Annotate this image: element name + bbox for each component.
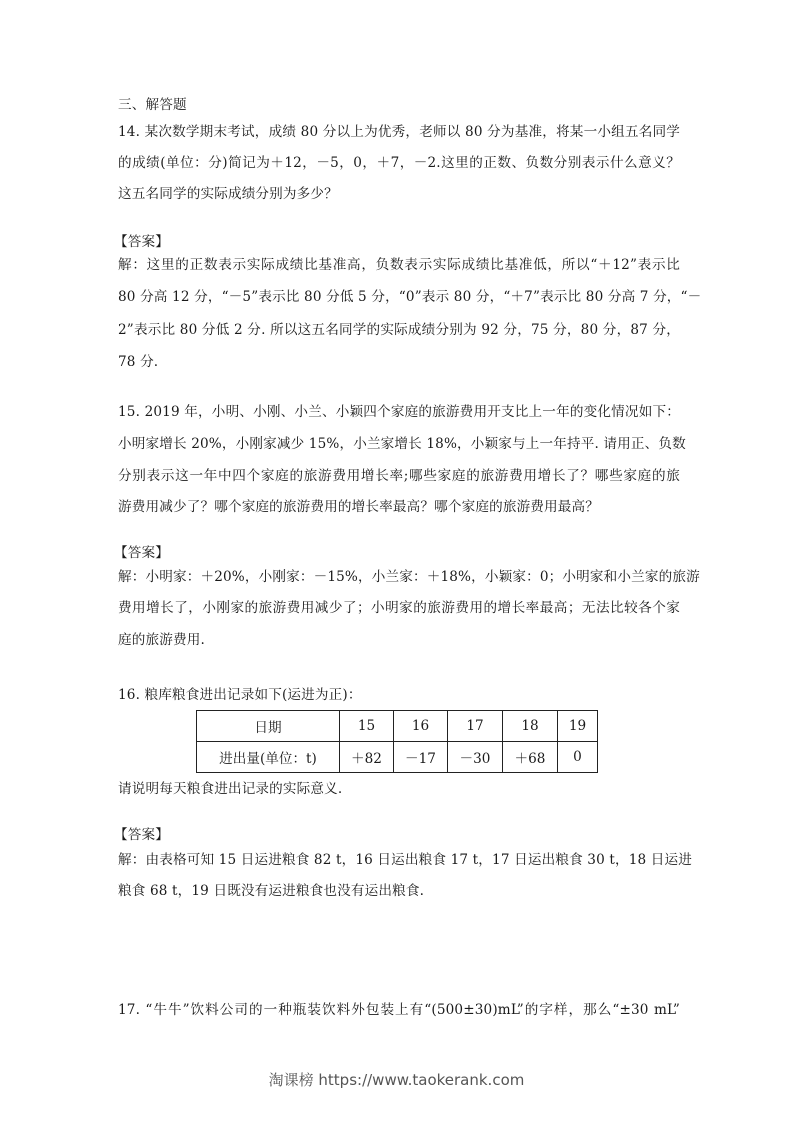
question-text-line: 16. 粮库粮食进出记录如下(运进为正)： bbox=[118, 685, 680, 705]
answer-text-line: 解：由表格可知 15 日运进粮食 82 t，16 日运出粮食 17 t，17 日… bbox=[118, 850, 680, 870]
question-text-line: 15. 2019 年，小明、小刚、小兰、小颖四个家庭的旅游费用开支比上一年的变化… bbox=[118, 402, 680, 422]
table-cell-date: 16 bbox=[394, 711, 448, 742]
table-cell-amount: －30 bbox=[448, 742, 503, 773]
answer-label: 【答案】 bbox=[114, 825, 676, 845]
answer-text-line: 庭的旅游费用. bbox=[118, 630, 680, 650]
question-text-line: 分别表示这一年中四个家庭的旅游费用增长率;哪些家庭的旅游费用增长了？哪些家庭的旅 bbox=[118, 466, 680, 486]
question-text-line: 小明家增长 20%，小刚家减少 15%，小兰家增长 18%，小颖家与上一年持平.… bbox=[118, 434, 680, 454]
table-cell-date: 17 bbox=[448, 711, 503, 742]
table-cell-amount: 0 bbox=[558, 742, 598, 773]
question-text-line: 的成绩(单位：分)简记为＋12，－5，0，＋7，－2.这里的正数、负数分别表示什… bbox=[118, 153, 680, 173]
table-cell-date: 15 bbox=[340, 711, 394, 742]
question-text-line: 14. 某次数学期末考试，成绩 80 分以上为优秀，老师以 80 分为基准，将某… bbox=[118, 122, 680, 142]
answer-text-line: 解：这里的正数表示实际成绩比基准高，负数表示实际成绩比基准低，所以“＋12”表示… bbox=[118, 255, 680, 275]
question-text-line: 17. “牛牛”饮料公司的一种瓶装饮料外包装上有“(500±30)mL”的字样，… bbox=[118, 1000, 680, 1020]
question-text-line: 请说明每天粮食进出记录的实际意义. bbox=[118, 779, 680, 799]
section-title: 三、解答题 bbox=[118, 95, 680, 115]
answer-text-line: 粮食 68 t，19 日既没有运进粮食也没有运出粮食. bbox=[118, 881, 680, 901]
grain-record-table: 日期 15 16 17 18 19 进出量(单位：t) ＋82 －17 －30 … bbox=[196, 710, 598, 773]
table-cell-amount: ＋68 bbox=[503, 742, 558, 773]
question-text-line: 这五名同学的实际成绩分别为多少？ bbox=[118, 184, 680, 204]
table-row-amounts: 进出量(单位：t) ＋82 －17 －30 ＋68 0 bbox=[197, 742, 598, 773]
table-cell-date: 18 bbox=[503, 711, 558, 742]
table-header-cell: 日期 bbox=[197, 711, 340, 742]
answer-text-line: 解：小明家：＋20%，小刚家：－15%，小兰家：＋18%，小颖家：0；小明家和小… bbox=[118, 567, 680, 587]
table-cell-date: 19 bbox=[558, 711, 598, 742]
answer-text-line: 2”表示比 80 分低 2 分. 所以这五名同学的实际成绩分别为 92 分，75… bbox=[118, 320, 680, 340]
answer-text-line: 78 分. bbox=[118, 352, 680, 372]
answer-label: 【答案】 bbox=[114, 543, 676, 563]
answer-text-line: 费用增长了，小刚家的旅游费用减少了；小明家的旅游费用的增长率最高；无法比较各个家 bbox=[118, 598, 680, 618]
answer-label: 【答案】 bbox=[114, 232, 676, 252]
answer-text-line: 80 分高 12 分，“－5”表示比 80 分低 5 分，“0”表示 80 分，… bbox=[118, 287, 680, 307]
table-row-dates: 日期 15 16 17 18 19 bbox=[197, 711, 598, 742]
table-cell-amount: ＋82 bbox=[340, 742, 394, 773]
table-cell-amount: －17 bbox=[394, 742, 448, 773]
question-text-line: 游费用减少了？哪个家庭的旅游费用的增长率最高？哪个家庭的旅游费用最高？ bbox=[118, 497, 680, 517]
watermark: 淘课榜 https://www.taokerank.com bbox=[0, 1069, 793, 1090]
table-row-label: 进出量(单位：t) bbox=[197, 742, 340, 773]
